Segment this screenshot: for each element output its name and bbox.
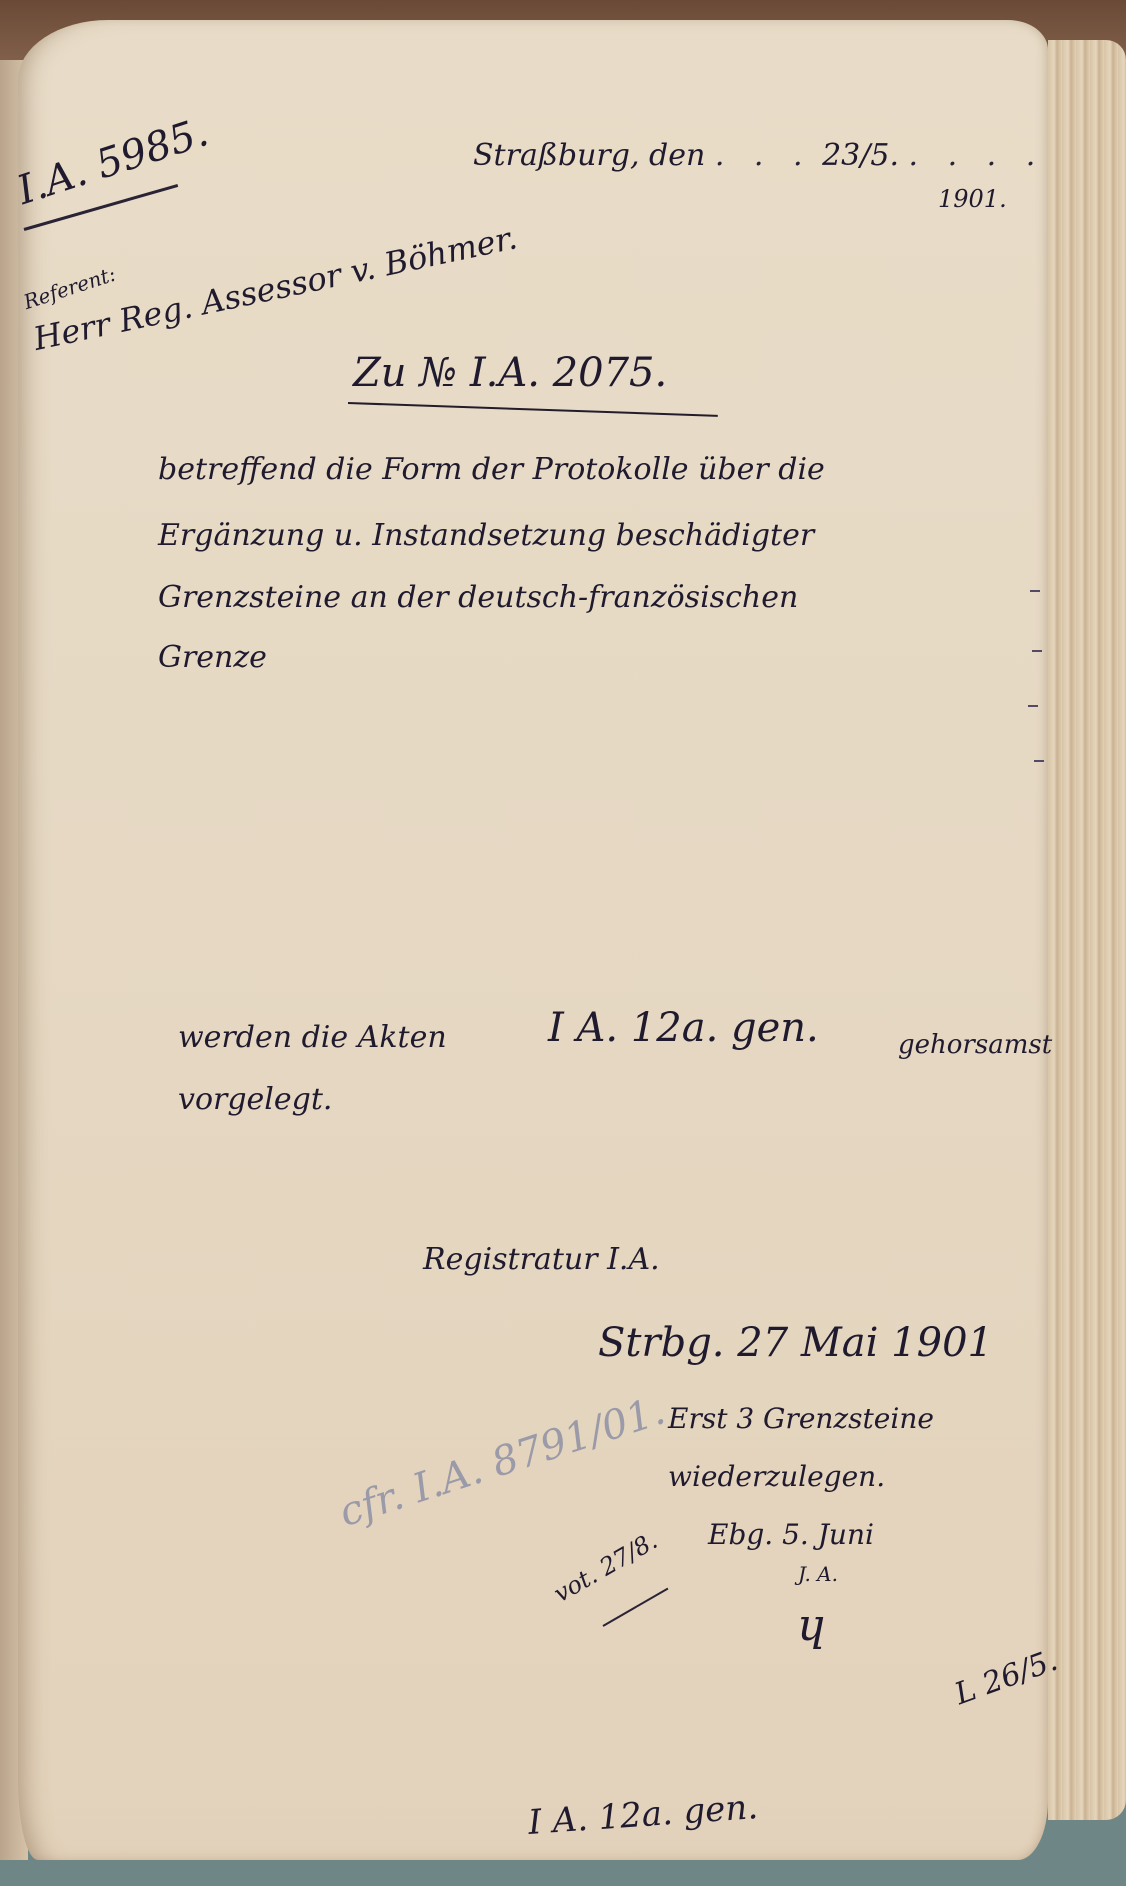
margin-ink-ticks [1028,580,1068,780]
subject-line: Ergänzung u. Instandsetzung beschädigter [158,518,814,553]
subject-line: Grenze [158,640,267,675]
annotation-line: Ebg. 5. Juni [708,1518,874,1551]
subject-line: betreffend die Form der Protokolle über … [158,452,825,487]
reference-number: I.A. 5985. [12,109,214,214]
year: 1901. [938,185,1007,213]
annotation-line: Erst 3 Grenzsteine [668,1402,934,1435]
bottom-reference: I A. 12a. gen. [527,1787,759,1843]
body-end: vorgelegt. [178,1082,332,1117]
corner-mark: L 26/5. [950,1643,1062,1712]
page-stack-edges [1048,40,1126,1820]
annotation-place-date: Strbg. 27 Mai 1901 [598,1320,993,1366]
annotation-line: wiederzulegen. [668,1460,885,1493]
document-page: I.A. 5985. Referent: Herr Reg. Assessor … [18,20,1048,1860]
registry-label: Registratur I.A. [423,1242,660,1277]
pencil-cross-reference: cfr. I.A. 8791/01. [334,1387,671,1536]
paraph-signature: ɥ [798,1600,826,1651]
date-dots: . . . [715,138,813,173]
annotation-initials: J. A. [798,1562,838,1586]
place-date-line: Straßburg, den . . . 23/5. . . . . [473,138,1045,173]
body-prefix: werden die Akten [178,1020,447,1055]
subject-heading: Zu № I.A. 2075. [353,350,677,398]
vot-underline [603,1588,669,1627]
date: 23/5. [822,138,899,173]
date-trailing-dots: . . . . [909,138,1046,173]
subject-line: Grenzsteine an der deutsch-französischen [158,580,798,615]
vot-note: vot. 27/8. [549,1527,662,1608]
subject-heading-underline [348,402,718,417]
akten-reference: I A. 12a. gen. [548,1005,819,1051]
place: Straßburg, den [473,138,705,173]
body-suffix: gehorsamst [898,1030,1052,1060]
